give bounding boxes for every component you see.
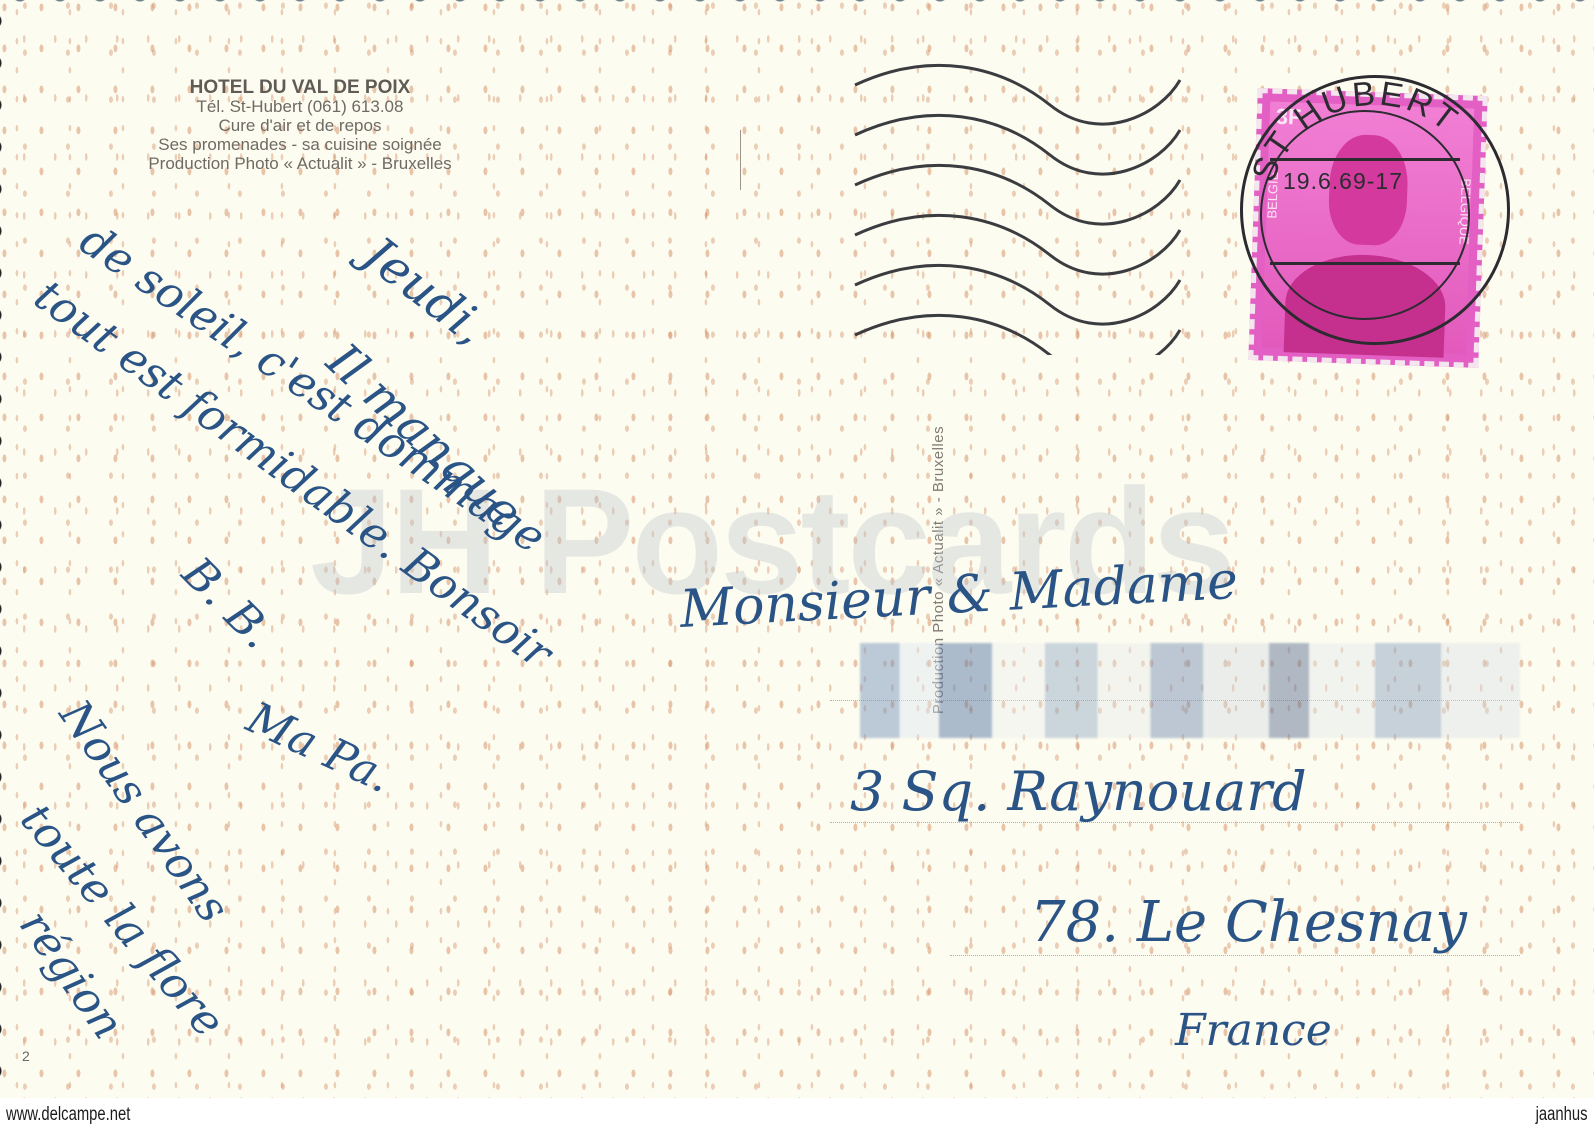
footer-source: www.delcampe.net: [6, 1104, 130, 1126]
footer-credit: jaanhus: [1536, 1104, 1588, 1126]
photo-credit: Production Photo « Actualit » - Bruxelle…: [60, 154, 540, 173]
message-line: Ma Pa.: [239, 692, 399, 803]
printed-header: HOTEL DU VAL DE POIX Tél. St-Hubert (061…: [60, 78, 540, 173]
address-country: France: [1175, 1005, 1332, 1056]
hotel-tagline: Cure d'air et de repos: [60, 116, 540, 135]
deckle-edge-top: [0, 0, 1594, 8]
footer-bar: www.delcampe.net jaanhus: [0, 1098, 1594, 1131]
deckle-edge-left: [0, 0, 8, 1098]
message-line: Jeudi,: [353, 226, 498, 356]
card-number: 2: [22, 1048, 30, 1064]
message-line: B. B.: [172, 547, 283, 658]
center-divider: [740, 130, 741, 190]
address-city: 78. Le Chesnay: [1030, 890, 1467, 955]
postcard: HOTEL DU VAL DE POIX Tél. St-Hubert (061…: [0, 0, 1594, 1098]
svg-text:ST HUBERT: ST HUBERT: [1245, 75, 1467, 187]
postmark-town: ST HUBERT: [1240, 75, 1510, 345]
wavy-cancellation: [840, 55, 1200, 355]
address-line: [950, 955, 1520, 956]
address-street: 3 Sq. Raynouard: [850, 760, 1307, 823]
address-name-redacted: [860, 643, 1520, 738]
hotel-features: Ses promenades - sa cuisine soignée: [60, 135, 540, 154]
hotel-name: HOTEL DU VAL DE POIX: [60, 78, 540, 97]
address-recipient: Monsieur & Madame: [678, 551, 1239, 640]
hotel-phone: Tél. St-Hubert (061) 613.08: [60, 97, 540, 116]
